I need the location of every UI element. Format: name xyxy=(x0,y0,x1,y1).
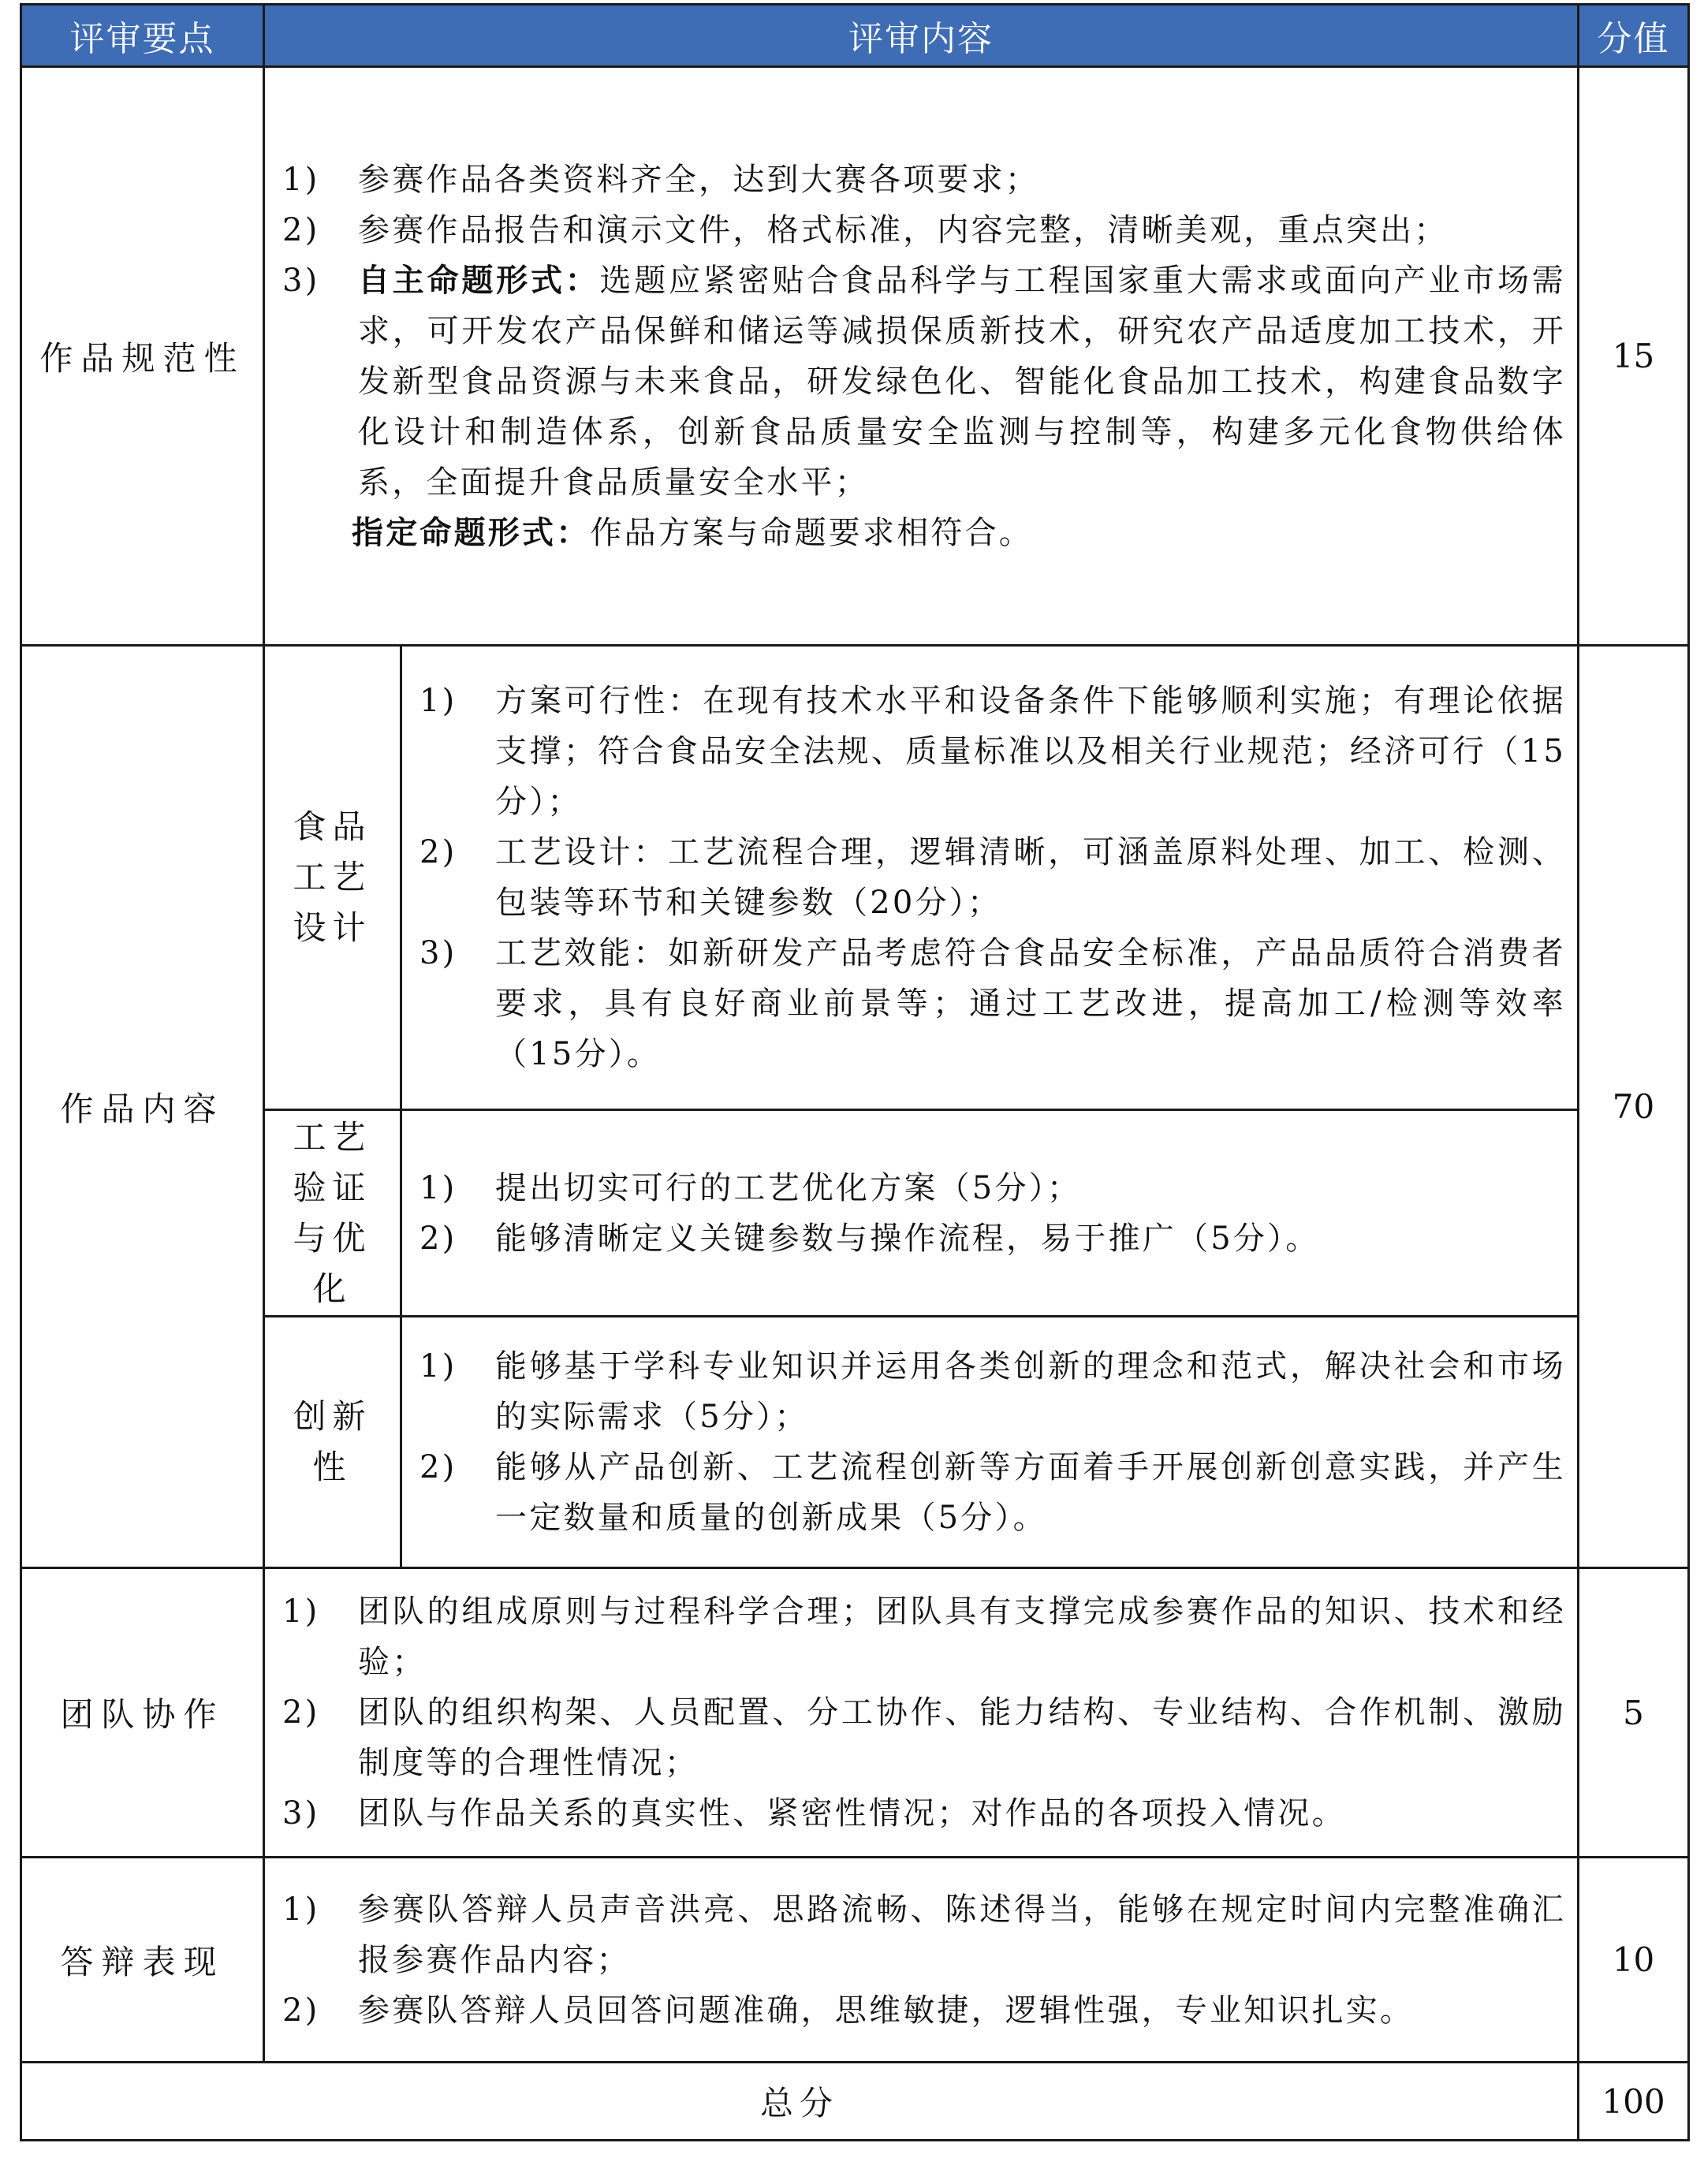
score-cell: 15 xyxy=(1579,67,1689,646)
score-cell: 70 xyxy=(1579,646,1689,1568)
total-score: 100 xyxy=(1579,2063,1689,2141)
header-content: 评审内容 xyxy=(264,5,1579,67)
scoring-rubric-table: 评审要点 评审内容 分值 作品规范性 1) 参赛作品各类资料齐全，达到大赛各项要… xyxy=(20,3,1690,2141)
sub-criterion-cell: 创新 性 xyxy=(264,1317,401,1568)
table-row-standard: 作品规范性 1) 参赛作品各类资料齐全，达到大赛各项要求； 2) 参赛作品报告和… xyxy=(21,67,1689,646)
list-item: 3) 团队与作品关系的真实性、紧密性情况；对作品的各项投入情况。 xyxy=(282,1788,1566,1839)
sub-criterion-cell: 工艺 验证 与优 化 xyxy=(264,1110,401,1317)
content-cell: 1) 方案可行性：在现有技术水平和设备条件下能够顺利实施；有理论依据支撑；符合食… xyxy=(401,646,1579,1110)
list-item: 1) 提出切实可行的工艺优化方案（5分）； xyxy=(419,1163,1566,1213)
table-row-total: 总分 100 xyxy=(21,2063,1689,2141)
list-item: 2) 能够清晰定义关键参数与操作流程，易于推广（5分）。 xyxy=(419,1213,1566,1264)
header-score: 分值 xyxy=(1579,5,1689,67)
sub-criterion-cell: 食品 工艺 设计 xyxy=(264,646,401,1110)
table-row-defense: 答辩表现 1) 参赛队答辩人员声音洪亮、思路流畅、陈述得当，能够在规定时间内完整… xyxy=(21,1858,1689,2063)
content-cell: 1) 能够基于学科专业知识并运用各类创新的理念和范式，解决社会和市场的实际需求（… xyxy=(401,1317,1579,1568)
content-cell: 1) 提出切实可行的工艺优化方案（5分）； 2) 能够清晰定义关键参数与操作流程… xyxy=(401,1110,1579,1317)
list-item: 1) 参赛队答辩人员声音洪亮、思路流畅、陈述得当，能够在规定时间内完整准确汇报参… xyxy=(282,1884,1566,1985)
criterion-cell: 作品规范性 xyxy=(21,67,264,646)
total-label: 总分 xyxy=(21,2063,1579,2141)
list-item: 3) 工艺效能：如新研发产品考虑符合食品安全标准，产品品质符合消费者要求，具有良… xyxy=(419,928,1566,1079)
table-row-teamwork: 团队协作 1) 团队的组成原则与过程科学合理；团队具有支撑完成参赛作品的知识、技… xyxy=(21,1568,1689,1858)
list-item: 2) 能够从产品创新、工艺流程创新等方面着手开展创新创意实践，并产生一定数量和质… xyxy=(419,1442,1566,1543)
criterion-cell: 答辩表现 xyxy=(21,1858,264,2063)
criterion-cell: 团队协作 xyxy=(21,1568,264,1858)
list-item: 2) 工艺设计：工艺流程合理，逻辑清晰，可涵盖原料处理、加工、检测、包装等环节和… xyxy=(419,827,1566,928)
header-criterion: 评审要点 xyxy=(21,5,264,67)
score-cell: 10 xyxy=(1579,1858,1689,2063)
score-cell: 5 xyxy=(1579,1568,1689,1858)
table-row-content-validation: 工艺 验证 与优 化 1) 提出切实可行的工艺优化方案（5分）； 2) 能够清晰… xyxy=(21,1110,1689,1317)
criterion-cell: 作品内容 xyxy=(21,646,264,1568)
table-row-content-process-design: 作品内容 食品 工艺 设计 1) 方案可行性：在现有技术水平和设备条件下能够顺利… xyxy=(21,646,1689,1110)
emphasis-label: 自主命题形式： xyxy=(358,262,600,299)
list-item: 1) 参赛作品各类资料齐全，达到大赛各项要求； xyxy=(282,155,1566,205)
emphasis-label: 指定命题形式： xyxy=(352,514,590,551)
list-item: 2) 参赛作品报告和演示文件，格式标准，内容完整，清晰美观，重点突出； xyxy=(282,205,1566,255)
list-item: 2) 团队的组织构架、人员配置、分工协作、能力结构、专业结构、合作机制、激励制度… xyxy=(282,1687,1566,1788)
header-row: 评审要点 评审内容 分值 xyxy=(21,5,1689,67)
list-item-continuation: 指定命题形式：作品方案与命题要求相符合。 xyxy=(282,508,1566,558)
list-item: 1) 能够基于学科专业知识并运用各类创新的理念和范式，解决社会和市场的实际需求（… xyxy=(419,1341,1566,1442)
content-cell: 1) 参赛队答辩人员声音洪亮、思路流畅、陈述得当，能够在规定时间内完整准确汇报参… xyxy=(264,1858,1579,2063)
content-cell: 1) 参赛作品各类资料齐全，达到大赛各项要求； 2) 参赛作品报告和演示文件，格… xyxy=(264,67,1579,646)
list-item: 1) 团队的组成原则与过程科学合理；团队具有支撑完成参赛作品的知识、技术和经验； xyxy=(282,1586,1566,1687)
list-item: 1) 方案可行性：在现有技术水平和设备条件下能够顺利实施；有理论依据支撑；符合食… xyxy=(419,676,1566,827)
list-item: 2) 参赛队答辩人员回答问题准确，思维敏捷，逻辑性强，专业知识扎实。 xyxy=(282,1985,1566,2036)
table-row-content-innovation: 创新 性 1) 能够基于学科专业知识并运用各类创新的理念和范式，解决社会和市场的… xyxy=(21,1317,1689,1568)
list-item: 3) 自主命题形式：选题应紧密贴合食品科学与工程国家重大需求或面向产业市场需求，… xyxy=(282,255,1566,508)
content-cell: 1) 团队的组成原则与过程科学合理；团队具有支撑完成参赛作品的知识、技术和经验；… xyxy=(264,1568,1579,1858)
